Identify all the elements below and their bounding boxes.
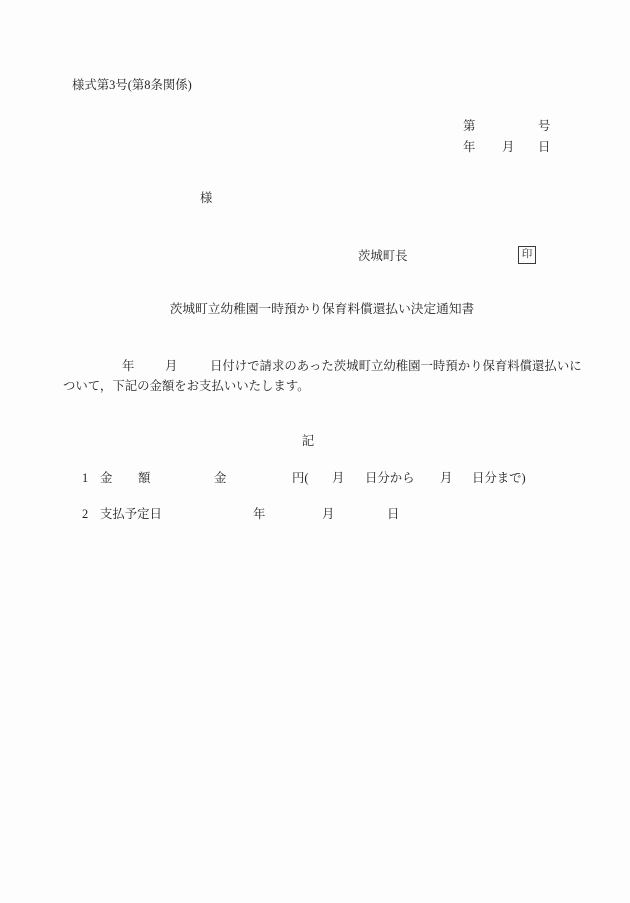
item2-day-label: 日 xyxy=(387,507,399,521)
date-year-label: 年 xyxy=(463,140,475,154)
form-number-label: 様式第3号(第8条関係) xyxy=(72,78,192,92)
item1-month-to-label: 月 xyxy=(440,471,452,485)
doc-number-suffix: 号 xyxy=(538,119,550,133)
document-title: 茨城町立幼稚園一時預かり保育料償還払い決定通知書 xyxy=(14,302,630,317)
body-month-label: 月 xyxy=(165,359,177,373)
body-year-label: 年 xyxy=(122,359,134,373)
item2-number: 2 xyxy=(82,507,88,521)
sender-title: 茨城町長 xyxy=(358,249,408,263)
date-month-label: 月 xyxy=(502,140,514,154)
item2-label: 支払予定日 xyxy=(100,507,162,521)
body-line1-text: 日付けで請求のあった茨城町立幼稚園一時預かり保育料償還払いに xyxy=(210,359,582,373)
seal-mark: 印 xyxy=(518,246,536,264)
item1-day-to-label: 日分まで) xyxy=(472,471,526,485)
date-day-label: 日 xyxy=(538,140,550,154)
doc-number-prefix: 第 xyxy=(463,119,475,133)
item1-number: 1 xyxy=(82,471,88,485)
item1-label-gaku: 額 xyxy=(138,471,150,485)
item1-day-from-label: 日分から xyxy=(365,471,415,485)
item2-year-label: 年 xyxy=(253,507,265,521)
document-page: 様式第3号(第8条関係) 第 号 年 月 日 様 茨城町長 印 茨城町立幼稚園一… xyxy=(0,0,630,903)
body-line2-text: ついて，下記の金額をお支払いいたします。 xyxy=(63,379,310,393)
item1-yen-paren: 円( xyxy=(292,471,309,485)
record-marker: 記 xyxy=(0,434,616,449)
item1-label-kin: 金 xyxy=(100,471,112,485)
addressee-honorific: 様 xyxy=(200,191,212,205)
seal-character: 印 xyxy=(522,249,533,260)
item1-month-from-label: 月 xyxy=(332,471,344,485)
item2-month-label: 月 xyxy=(322,507,334,521)
item1-amount-kin: 金 xyxy=(214,471,226,485)
